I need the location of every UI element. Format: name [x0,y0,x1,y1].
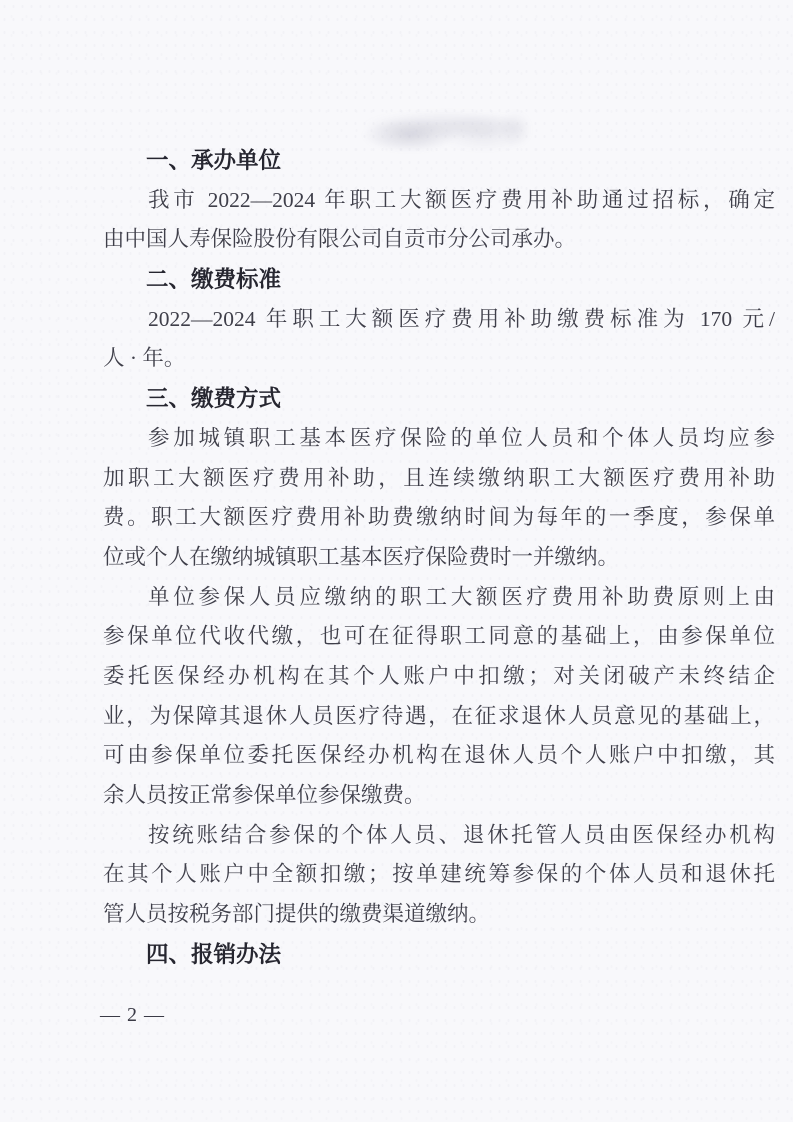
text-line: 由中国人寿保险股份有限公司自贡市分公司承办。 [103,220,775,260]
text-line: 按统账结合参保的个体人员、退休托管人员由医保经办机构 [103,816,775,856]
text-line: 人 · 年。 [103,339,775,379]
section-heading: 四、报销办法 [103,935,775,975]
text-line: 管人员按税务部门提供的缴费渠道缴纳。 [103,895,775,935]
scanned-document-page: 一、承办单位我市 2022—2024 年职工大额医疗费用补助通过招标，确定由中国… [0,0,793,1122]
text-line: 加职工大额医疗费用补助，且连续缴纳职工大额医疗费用补助 [103,459,775,499]
text-line: 我市 2022—2024 年职工大额医疗费用补助通过招标，确定 [103,181,775,221]
text-line: 参保单位代收代缴，也可在征得职工同意的基础上，由参保单位 [103,617,775,657]
text-line: 单位参保人员应缴纳的职工大额医疗费用补助费原则上由 [103,578,775,618]
text-line: 委托医保经办机构在其个人账户中扣缴；对关闭破产未终结企 [103,657,775,697]
section-heading: 三、缴费方式 [103,379,775,419]
section-heading: 二、缴费标准 [103,260,775,300]
text-line: 可由参保单位委托医保经办机构在退休人员个人账户中扣缴，其 [103,736,775,776]
text-line: 费。职工大额医疗费用补助费缴纳时间为每年的一季度，参保单 [103,498,775,538]
text-line: 位或个人在缴纳城镇职工基本医疗保险费时一并缴纳。 [103,538,775,578]
text-line: 业，为保障其退休人员医疗待遇，在征求退休人员意见的基础上， [103,697,775,737]
text-line: 2022—2024 年职工大额医疗费用补助缴费标准为 170 元/ [103,300,775,340]
text-line: 在其个人账户中全额扣缴；按单建统筹参保的个体人员和退休托 [103,855,775,895]
section-heading: 一、承办单位 [103,141,775,181]
document-lines: 一、承办单位我市 2022—2024 年职工大额医疗费用补助通过招标，确定由中国… [103,141,775,974]
text-line: 余人员按正常参保单位参保缴费。 [103,776,775,816]
page-number: — 2 — [100,1000,165,1030]
text-line: 参加城镇职工基本医疗保险的单位人员和个体人员均应参 [103,419,775,459]
